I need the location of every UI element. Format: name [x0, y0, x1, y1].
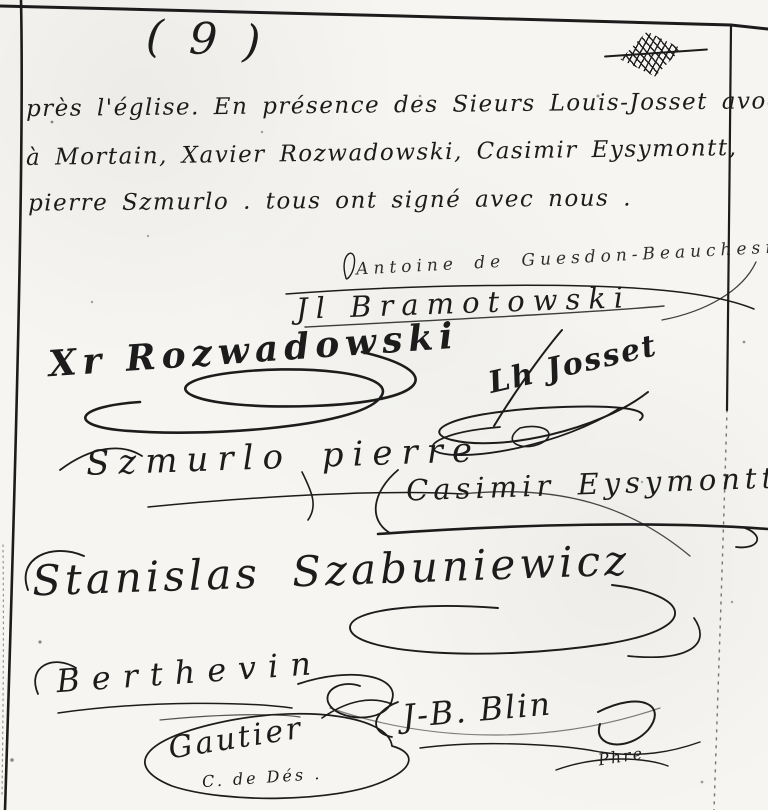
scanned-register-page: ( 9 ) près l'église. En présence des Sie…	[0, 0, 768, 810]
body-line-3: pierre Szmurlo . tous ont signé avec nou…	[28, 187, 632, 215]
page-number: ( 9 )	[145, 15, 267, 65]
eysymontt-tail-hook	[736, 528, 757, 547]
left-border-line	[5, 0, 22, 810]
top-border-line	[0, 6, 768, 29]
szabuniewicz-oval-flourish	[350, 585, 675, 654]
blin-lead-flourish	[376, 702, 398, 737]
eysymontt-left-loop	[376, 470, 398, 533]
berthevin-underline	[58, 703, 292, 713]
guesdon-paraph-flourish	[344, 253, 354, 279]
right-border-line	[727, 25, 731, 410]
blin-underline-wave	[420, 742, 700, 754]
eysymontt-underline	[378, 524, 768, 534]
left-edge-artifact	[2, 545, 3, 795]
